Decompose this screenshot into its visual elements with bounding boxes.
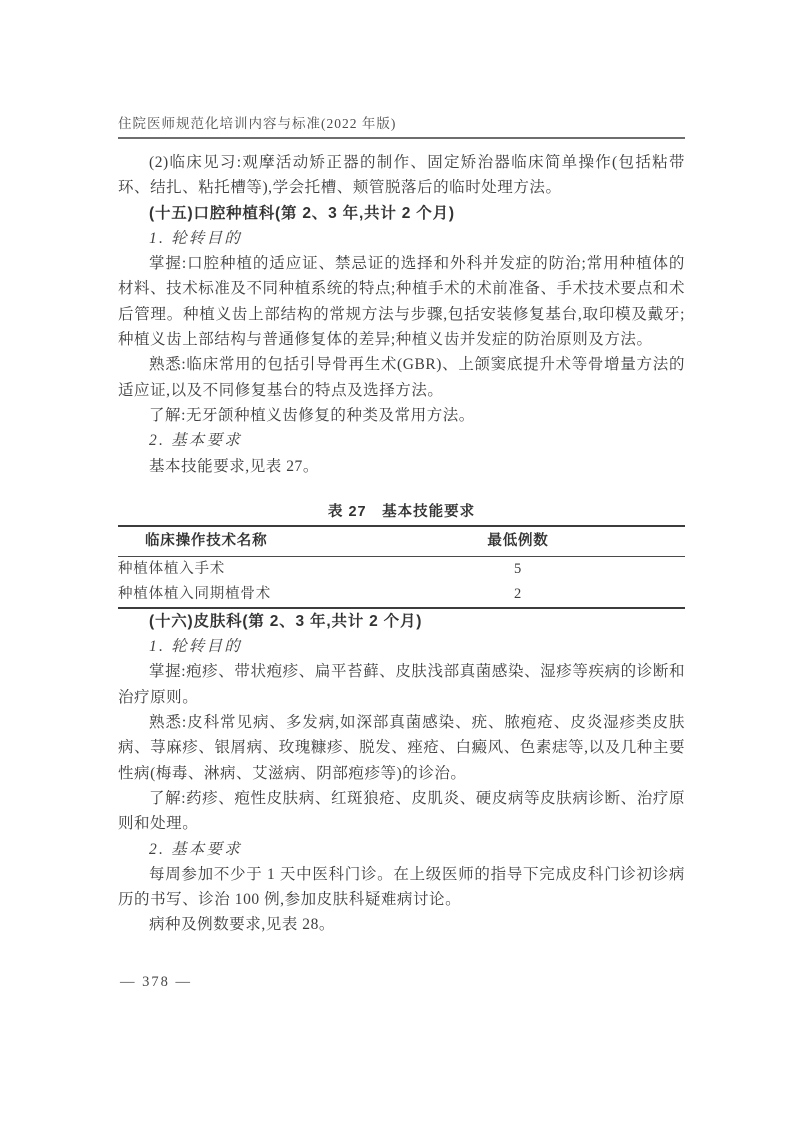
table27-header-row: 临床操作技术名称 最低例数 bbox=[118, 527, 685, 557]
table27: 临床操作技术名称 最低例数 种植体植入手术 5 种植体植入同期植骨术 2 bbox=[118, 525, 685, 609]
running-header: 住院医师规范化培训内容与标准(2022 年版) bbox=[118, 112, 685, 132]
table-row: 种植体植入同期植骨术 2 bbox=[118, 582, 685, 607]
paragraph-clinical-practicum: (2)临床见习:观摩活动矫正器的制作、固定矫治器临床简单操作(包括粘带环、结扎、… bbox=[118, 150, 685, 201]
table27-row2-cases: 2 bbox=[466, 582, 570, 607]
table-row: 种植体植入手术 5 bbox=[118, 557, 685, 582]
section15-heading: (十五)口腔种植科(第 2、3 年,共计 2 个月) bbox=[118, 201, 685, 226]
section16-familiar-paragraph: 熟悉:皮科常见病、多发病,如深部真菌感染、疣、脓疱疮、皮炎湿疹类皮肤病、荨麻疹、… bbox=[118, 710, 685, 786]
section16-requirement-paragraph: 每周参加不少于 1 天中医科门诊。在上级医师的指导下完成皮科门诊初诊病历的书写、… bbox=[118, 862, 685, 913]
running-title: 住院医师规范化培训内容与标准(2022 年版) bbox=[118, 116, 396, 131]
table27-row1-skill: 种植体植入手术 bbox=[118, 557, 466, 582]
table27-header-skill: 临床操作技术名称 bbox=[118, 529, 466, 554]
section16-heading: (十六)皮肤科(第 2、3 年,共计 2 个月) bbox=[118, 609, 685, 634]
section15-understand-paragraph: 了解:无牙颌种植义齿修复的种类及常用方法。 bbox=[118, 403, 685, 428]
table27-title: 表 27 基本技能要求 bbox=[118, 503, 685, 521]
section15-familiar-paragraph: 熟悉:临床常用的包括引导骨再生术(GBR)、上颌窦底提升术等骨增量方法的适应证,… bbox=[118, 352, 685, 403]
section16-rotation-purpose: 1. 轮转目的 bbox=[118, 634, 685, 659]
section15-table-reference: 基本技能要求,见表 27。 bbox=[118, 454, 685, 479]
table27-row1-cases: 5 bbox=[466, 557, 570, 582]
section15-master-paragraph: 掌握:口腔种植的适应证、禁忌证的选择和外科并发症的防治;常用种植体的材料、技术标… bbox=[118, 251, 685, 352]
page-number: — 378 — bbox=[120, 974, 192, 991]
table27-row2-skill: 种植体植入同期植骨术 bbox=[118, 582, 466, 607]
document-page: 住院医师规范化培训内容与标准(2022 年版) (2)临床见习:观摩活动矫正器的… bbox=[0, 0, 800, 1131]
section15-basic-requirements: 2. 基本要求 bbox=[118, 428, 685, 453]
section16-understand-paragraph: 了解:药疹、疱性皮肤病、红斑狼疮、皮肌炎、硬皮病等皮肤病诊断、治疗原则和处理。 bbox=[118, 786, 685, 837]
page-content: (2)临床见习:观摩活动矫正器的制作、固定矫治器临床简单操作(包括粘带环、结扎、… bbox=[118, 150, 685, 938]
header-rule bbox=[118, 137, 685, 139]
section16-basic-requirements: 2. 基本要求 bbox=[118, 837, 685, 862]
section16-master-paragraph: 掌握:疱疹、带状疱疹、扁平苔藓、皮肤浅部真菌感染、湿疹等疾病的诊断和治疗原则。 bbox=[118, 659, 685, 710]
table27-header-min-cases: 最低例数 bbox=[466, 529, 570, 554]
section15-rotation-purpose: 1. 轮转目的 bbox=[118, 226, 685, 251]
section16-table-reference: 病种及例数要求,见表 28。 bbox=[118, 912, 685, 937]
